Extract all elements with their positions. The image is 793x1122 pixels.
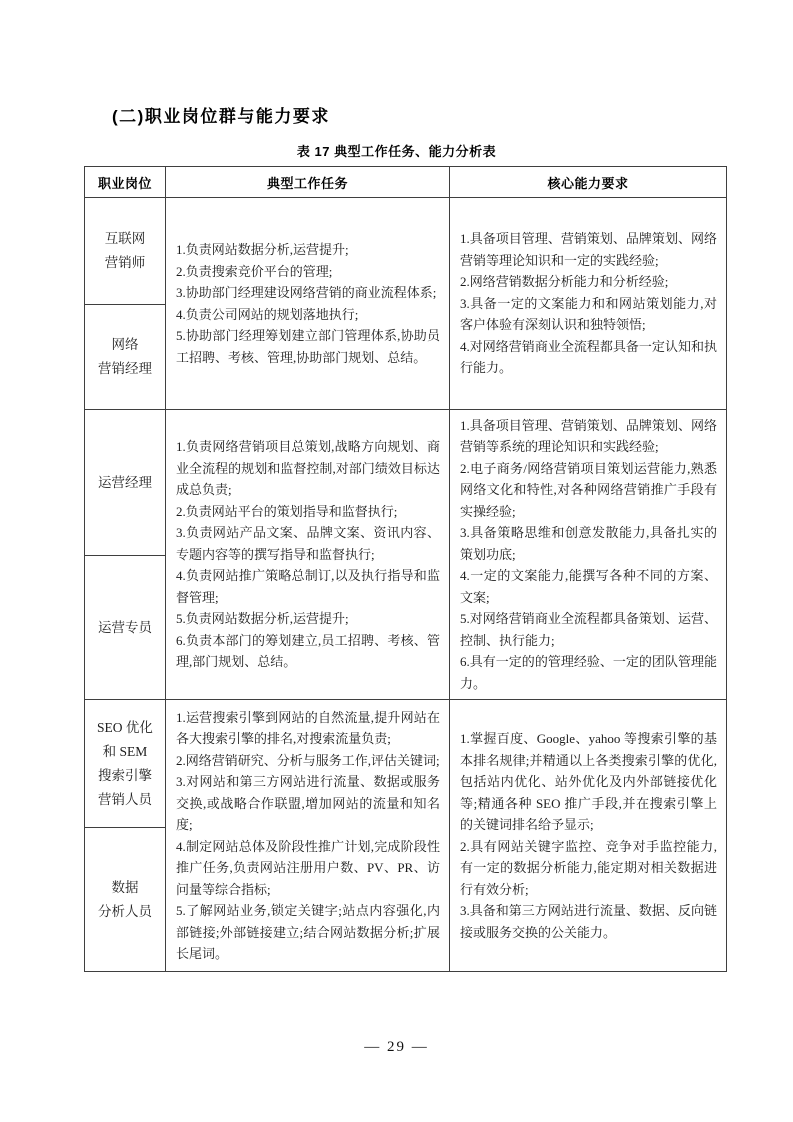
document-page: (二)职业岗位群与能力要求 表 17 典型工作任务、能力分析表 职业岗位 典型工… xyxy=(0,0,793,1122)
section-title: (二)职业岗位群与能力要求 xyxy=(112,102,330,127)
column-header-position: 职业岗位 xyxy=(85,167,166,198)
table-header-row: 职业岗位 典型工作任务 核心能力要求 xyxy=(85,167,727,198)
analysis-table: 职业岗位 典型工作任务 核心能力要求 互联网 营销师 1.负责网站数据分析,运营… xyxy=(84,166,727,972)
page-number: — 29 — xyxy=(0,1039,793,1056)
column-header-tasks: 典型工作任务 xyxy=(166,167,450,198)
tasks-cell-group-3: 1.运营搜索引擎到网站的自然流量,提升网站在各大搜索引擎的排名,对搜索流量负责;… xyxy=(166,700,450,972)
column-header-abilities: 核心能力要求 xyxy=(450,167,727,198)
tasks-cell-group-2: 1.负责网络营销项目总策划,战略方向规划、商业全流程的规划和监督控制,对部门绩效… xyxy=(166,410,450,700)
table-caption: 表 17 典型工作任务、能力分析表 xyxy=(0,141,793,160)
abilities-cell-group-1: 1.具备项目管理、营销策划、品牌策划、网络营销等理论知识和一定的实践经验; 2.… xyxy=(450,198,727,410)
position-cell-seo-sem-marketer: SEO 优化 和 SEM 搜索引擎 营销人员 xyxy=(85,700,166,828)
table-row: SEO 优化 和 SEM 搜索引擎 营销人员 1.运营搜索引擎到网站的自然流量,… xyxy=(85,700,727,828)
tasks-cell-group-1: 1.负责网站数据分析,运营提升; 2.负责搜索竞价平台的管理; 3.协助部门经理… xyxy=(166,198,450,410)
position-cell-data-analyst: 数据 分析人员 xyxy=(85,828,166,972)
abilities-cell-group-3: 1.掌握百度、Google、yahoo 等搜索引擎的基本排名规律;并精通以上各类… xyxy=(450,700,727,972)
position-cell-operations-manager: 运营经理 xyxy=(85,410,166,556)
position-cell-network-marketing-manager: 网络 营销经理 xyxy=(85,305,166,410)
position-cell-operations-specialist: 运营专员 xyxy=(85,556,166,700)
table-row: 运营经理 1.负责网络营销项目总策划,战略方向规划、商业全流程的规划和监督控制,… xyxy=(85,410,727,556)
table-row: 互联网 营销师 1.负责网站数据分析,运营提升; 2.负责搜索竞价平台的管理; … xyxy=(85,198,727,305)
position-cell-internet-marketer: 互联网 营销师 xyxy=(85,198,166,305)
abilities-cell-group-2: 1.具备项目管理、营销策划、品牌策划、网络营销等系统的理论知识和实践经验; 2.… xyxy=(450,410,727,700)
